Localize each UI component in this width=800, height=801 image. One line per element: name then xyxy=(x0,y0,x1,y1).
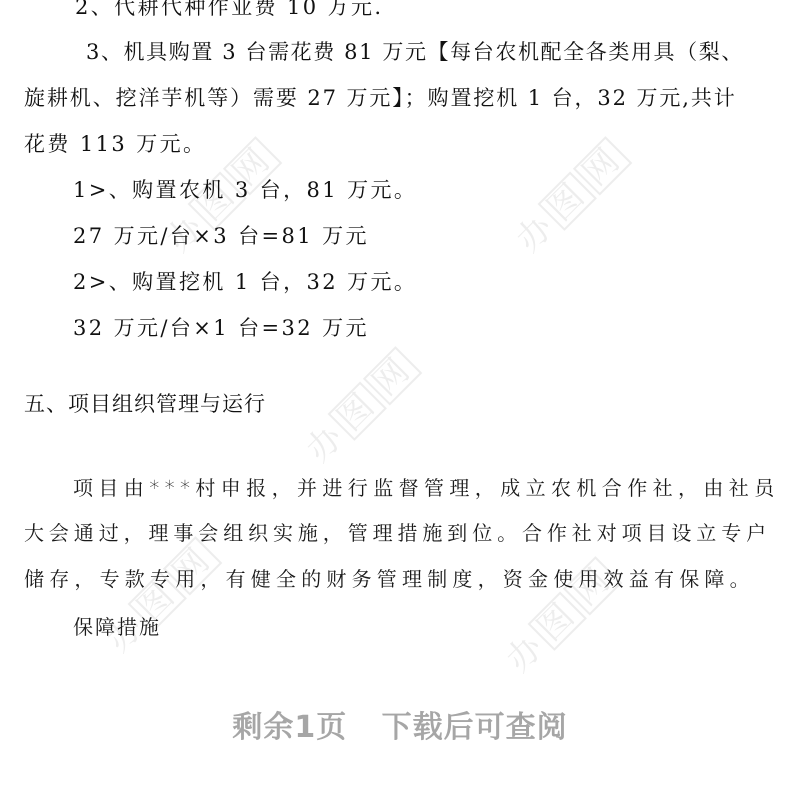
watermark-char: 图 xyxy=(328,382,387,441)
remaining-pages-notice[interactable]: 剩余1页 下载后可查阅 xyxy=(0,702,800,746)
paragraph-line: 储存，专款专用，有健全的财务管理制度，资金使用效益有保障。 xyxy=(24,566,755,592)
budget-line-2: 2、代耕代种作业费 10 万元. xyxy=(75,0,384,20)
watermark-char: 办 xyxy=(499,625,554,680)
calc-formula-1: 27 万元/台×3 台=81 万元 xyxy=(73,223,369,249)
calc-formula-2: 32 万元/台×1 台=32 万元 xyxy=(73,315,369,341)
watermark-char: 图 xyxy=(538,172,597,231)
calc-item-1: 1>、购置农机 3 台，81 万元。 xyxy=(73,177,417,203)
paragraph-line: 大会通过，理事会组织实施，管理措施到位。合作社对项目设立专户 xyxy=(24,520,771,546)
paragraph-line: 项目由***村申报，并进行监督管理，成立农机合作社，由社员 xyxy=(73,475,780,501)
section-heading: 五、项目组织管理与运行 xyxy=(24,391,266,417)
watermark-char: 办 xyxy=(299,415,354,470)
budget-line-3-total: 花费 113 万元。 xyxy=(24,131,206,157)
document-page: 办图网 办图网 办图网 办图网 办图网 2、代耕代种作业费 10 万元. 3、机… xyxy=(0,0,800,801)
budget-line-3: 3、机具购置 3 台需花费 81 万元【每台农机配全各类用具（梨、 xyxy=(86,39,744,65)
watermark: 办图网 xyxy=(293,338,425,470)
subsection-label: 保障措施 xyxy=(73,614,161,640)
watermark-char: 网 xyxy=(573,136,632,195)
watermark: 办图网 xyxy=(503,128,635,260)
watermark-char: 图 xyxy=(528,592,587,651)
watermark-char: 办 xyxy=(509,205,564,260)
watermark-char: 网 xyxy=(363,346,422,405)
calc-item-2: 2>、购置挖机 1 台，32 万元。 xyxy=(73,269,417,295)
budget-line-3-cont: 旋耕机、挖洋芋机等）需要 27 万元】；购置挖机 1 台，32 万元,共计 xyxy=(24,85,737,111)
watermark: 办图网 xyxy=(93,528,225,660)
